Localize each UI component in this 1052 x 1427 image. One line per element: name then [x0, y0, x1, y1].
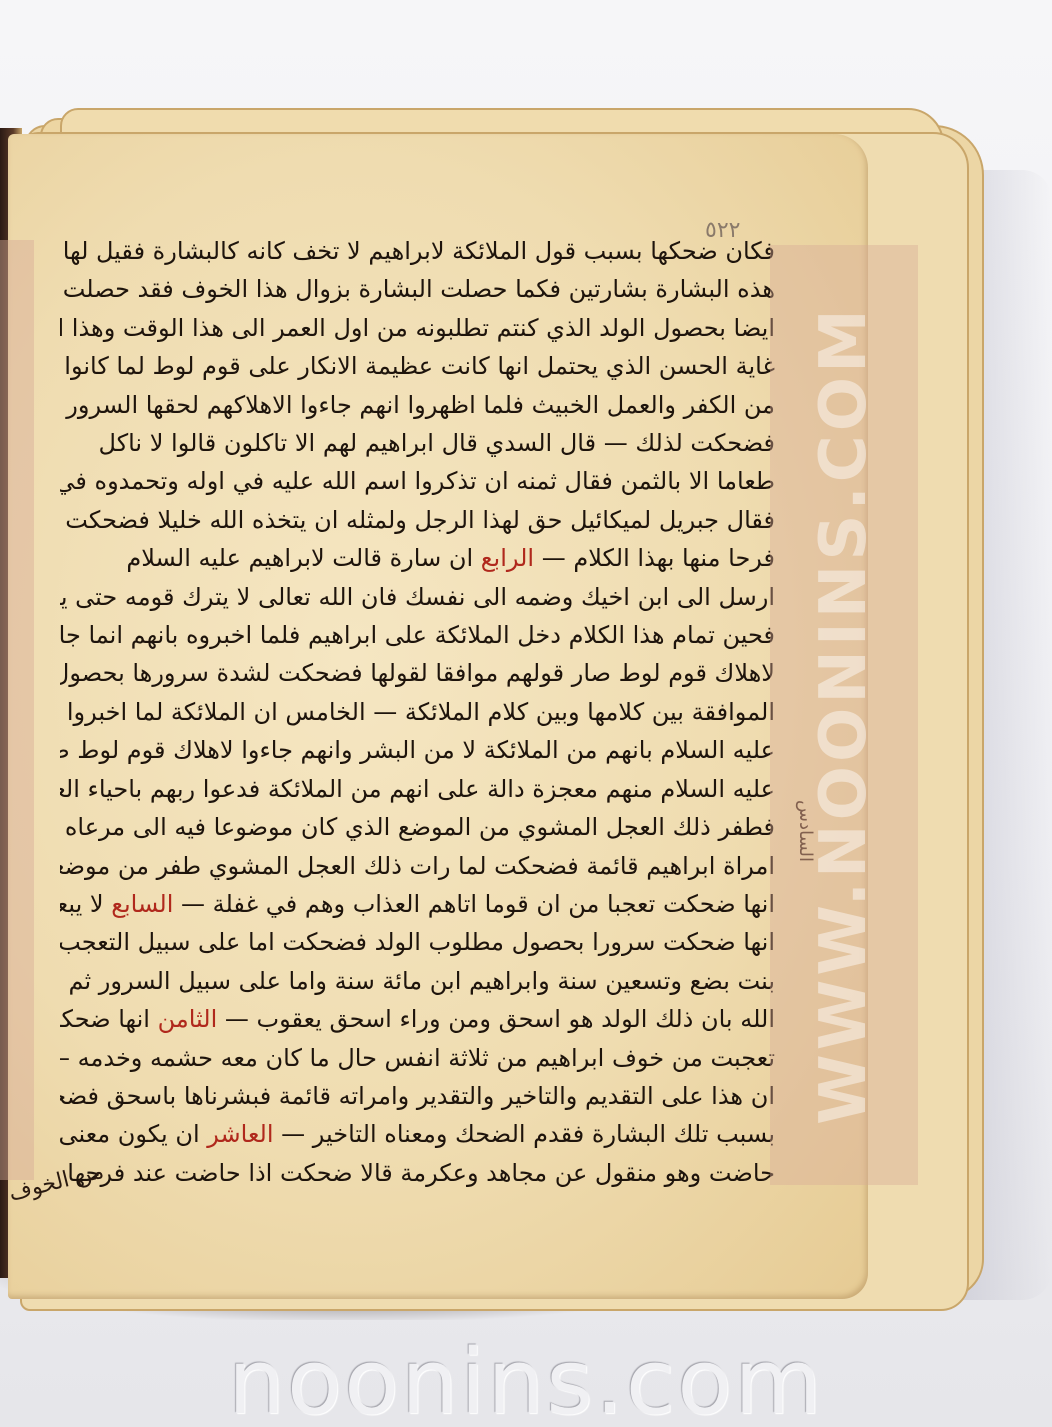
manuscript-text: فكان ضحكها بسبب قول الملائكة لابراهيم لا…: [60, 232, 775, 1192]
text-line: طعاما الا بالثمن فقال ثمنه ان تذكروا اسم…: [60, 462, 775, 500]
text-line: لاهلاك قوم لوط صار قولهم موافقا لقولها ف…: [60, 654, 775, 692]
text-line: الله بان ذلك الولد هو اسحق ومن وراء اسحق…: [60, 1000, 775, 1038]
text-line: انها ضحكت سرورا بحصول مطلوب الولد فضحكت …: [60, 923, 775, 961]
text-line: ان هذا على التقديم والتاخير والتقدير وام…: [60, 1077, 775, 1115]
text-line: فطفر ذلك العجل المشوي من الموضع الذي كان…: [60, 808, 775, 846]
text-line: ايضا بحصول الولد الذي كنتم تطلبونه من او…: [60, 309, 775, 347]
text-line: هذه البشارة بشارتين فكما حصلت البشارة بز…: [60, 270, 775, 308]
text-line: امراة ابراهيم قائمة فضحكت لما رات ذلك ال…: [60, 847, 775, 885]
text-line: حاضت وهو منقول عن مجاهد وعكرمة قالا ضحكت…: [60, 1154, 775, 1192]
text-line: غاية الحسن الذي يحتمل انها كانت عظيمة ال…: [60, 347, 775, 385]
text-line: عليه السلام منهم معجزة دالة على انهم من …: [60, 770, 775, 808]
text-line: فرحا منها بهذا الكلام — الرابع ان سارة ق…: [60, 539, 775, 577]
watermark-overlay-left: [0, 240, 34, 1180]
text-line: ارسل الى ابن اخيك وضمه الى نفسك فان الله…: [60, 578, 775, 616]
text-line: انها ضحكت تعجبا من ان قوما اتاهم العذاب …: [60, 885, 775, 923]
text-line: تعجبت من خوف ابراهيم من ثلاثة انفس حال م…: [60, 1039, 775, 1077]
text-line: فضحكت لذلك — قال السدي قال ابراهيم لهم ا…: [60, 424, 775, 462]
text-line: من الكفر والعمل الخبيث فلما اظهروا انهم …: [60, 386, 775, 424]
text-line: الموافقة بين كلامها وبين كلام الملائكة —…: [60, 693, 775, 731]
manuscript-photo: ٥٢٢ فكان ضحكها بسبب قول الملائكة لابراهي…: [0, 0, 1052, 1427]
text-line: فحين تمام هذا الكلام دخل الملائكة على اب…: [60, 616, 775, 654]
text-line: فقال جبريل لميكائيل حق لهذا الرجل ولمثله…: [60, 501, 775, 539]
text-line: بنت بضع وتسعين سنة وابراهيم ابن مائة سنة…: [60, 962, 775, 1000]
footer-watermark: noonins.com: [0, 1330, 1052, 1427]
watermark-vertical-text: WWW.NOONINS.COM: [807, 305, 881, 1125]
text-line: فكان ضحكها بسبب قول الملائكة لابراهيم لا…: [60, 232, 775, 270]
text-line: عليه السلام بانهم من الملائكة لا من البش…: [60, 731, 775, 769]
watermark-vertical: WWW.NOONINS.COM: [770, 245, 918, 1185]
text-line: بسبب تلك البشارة فقدم الضحك ومعناه التاخ…: [60, 1115, 775, 1153]
